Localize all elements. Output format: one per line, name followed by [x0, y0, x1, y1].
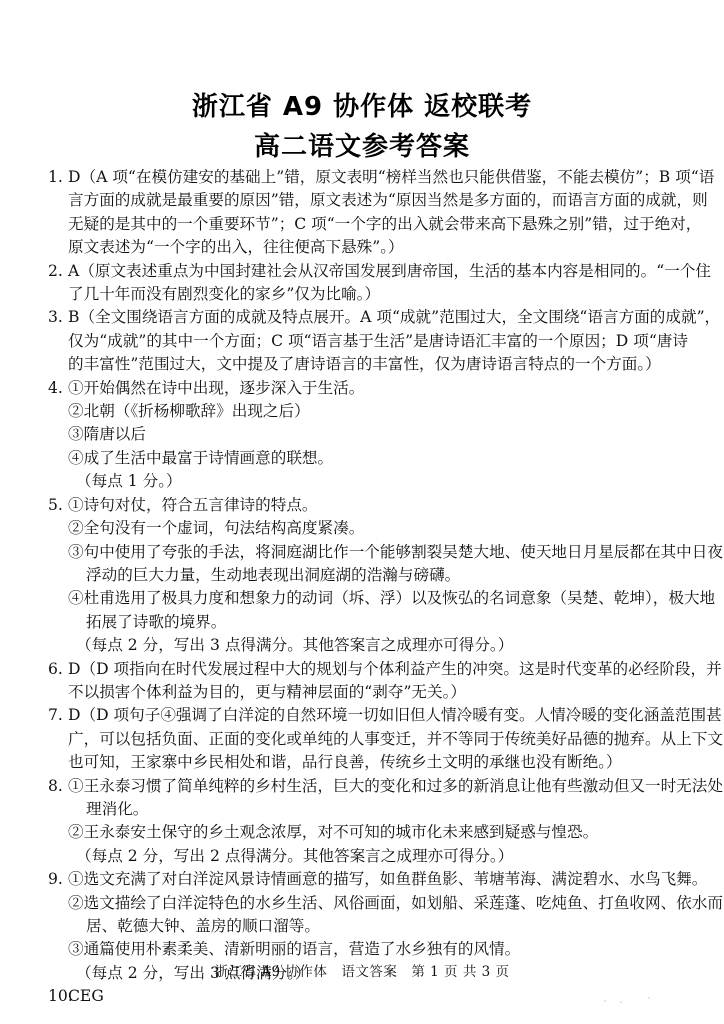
answer-point: ③句中使用了夸张的手法，将洞庭湖比作一个能够割裂吴楚大地、使天地日月星辰都在其中… [68, 541, 693, 588]
answer-number: 5. [48, 494, 63, 517]
answer-number: 6. [48, 658, 63, 681]
document-subtitle: 高二语文参考答案 [0, 126, 724, 163]
answer-point-line: ①选文充满了对白洋淀风景诗情画意的描写，如鱼群鱼影、苇塘苇海、满淀碧水、水鸟飞舞… [68, 868, 693, 891]
answer-line: 也可知，王家寨中乡民相处和谐，品行良善，传统乡土文明的承继也没有断绝。） [68, 751, 693, 774]
answer-point: ③通篇使用朴素柔美、清新明丽的语言，营造了水乡独有的风情。 [68, 938, 693, 961]
page-footer: 浙江省 A9 协作体 语文答案 第 1 页 共 3 页 [0, 960, 724, 980]
answer-point-line: ②王永泰安土保守的乡土观念浓厚，对不可知的城市化未来感到疑惑与惶恐。 [68, 821, 693, 844]
answer-point-line: ③句中使用了夸张的手法，将洞庭湖比作一个能够割裂吴楚大地、使天地日月星辰都在其中… [68, 541, 693, 564]
answer-line: A（原文表述重点为中国封建社会从汉帝国发展到唐帝国，生活的基本内容是相同的。“一… [68, 260, 693, 283]
answer-item: 3.B（全文围绕语言方面的成就及特点展开。A 项“成就”范围过大，全文围绕“语言… [48, 306, 693, 376]
answer-line: D（D 项指向在时代发展过程中大的规划与个体利益产生的冲突。这是时代变革的必经阶… [68, 658, 693, 681]
scoring-note: （每点 1 分。） [68, 470, 693, 493]
answer-point-line: ①王永泰习惯了简单纯粹的乡村生活，巨大的变化和过多的新消息让他有些激动但又一时无… [68, 775, 693, 798]
scan-artifact [604, 1000, 606, 1002]
answer-point-line: ②选文描绘了白洋淀特色的水乡生活、风俗画面，如划船、采莲蓬、吃炖鱼、打鱼收网、依… [68, 892, 693, 915]
answer-point: ②全句没有一个虚词，句法结构高度紧凑。 [68, 517, 693, 540]
answer-point-line: ①开始偶然在诗中出现，逐步深入于生活。 [68, 377, 693, 400]
answer-point: ①选文充满了对白洋淀风景诗情画意的描写，如鱼群鱼影、苇塘苇海、满淀碧水、水鸟飞舞… [68, 868, 693, 891]
answer-point: ②选文描绘了白洋淀特色的水乡生活、风俗画面，如划船、采莲蓬、吃炖鱼、打鱼收网、依… [68, 892, 693, 939]
answer-point-line: ③通篇使用朴素柔美、清新明丽的语言，营造了水乡独有的风情。 [68, 938, 693, 961]
answer-item: 7.D（D 项句子④强调了白洋淀的自然环境一切如旧但人情冷暖有变。人情冷暖的变化… [48, 704, 693, 774]
answer-line: B（全文围绕语言方面的成就及特点展开。A 项“成就”范围过大，全文围绕“语言方面… [68, 306, 693, 329]
answer-item: 4.①开始偶然在诗中出现，逐步深入于生活。②北朝（《折杨柳歌辞》出现之后）③隋唐… [48, 377, 693, 494]
answer-point-line: ②北朝（《折杨柳歌辞》出现之后） [68, 400, 693, 423]
answer-line: 不以损害个体利益为目的，更与精神层面的“剥夺”无关。） [68, 681, 693, 704]
answer-item: 10.CEG [48, 985, 693, 1008]
answer-point-line: ③隋唐以后 [68, 423, 693, 446]
answer-point-line: ④成了生活中最富于诗情画意的联想。 [68, 447, 693, 470]
answer-point-line: ①诗句对仗，符合五言律诗的特点。 [68, 494, 693, 517]
answer-line: 仅为“成就”的其中一个方面；C 项“语言基于生活”是唐诗语汇丰富的一个原因；D … [68, 330, 693, 353]
answer-item: 5.①诗句对仗，符合五言律诗的特点。②全句没有一个虚词，句法结构高度紧凑。③句中… [48, 494, 693, 658]
answer-point: ①诗句对仗，符合五言律诗的特点。 [68, 494, 693, 517]
answer-number: 9. [48, 868, 63, 891]
answer-line: CEG [68, 985, 693, 1008]
answer-point: ④成了生活中最富于诗情画意的联想。 [68, 447, 693, 470]
answer-point: ②北朝（《折杨柳歌辞》出现之后） [68, 400, 693, 423]
answer-item: 2.A（原文表述重点为中国封建社会从汉帝国发展到唐帝国，生活的基本内容是相同的。… [48, 260, 693, 307]
answer-line: 言方面的成就是最重要的原因”错，原文表述为“原因当然是多方面的，而语言方面的成就… [68, 189, 693, 212]
answer-number: 8. [48, 775, 63, 798]
answer-line: 原文表述为“一个字的出入，往往便高下悬殊”。） [68, 236, 693, 259]
document-title: 浙江省 A9 协作体 返校联考 [0, 86, 724, 123]
answer-number: 10. [48, 985, 73, 1008]
scan-artifact [620, 1001, 622, 1003]
answer-list: 1.D（A 项“在模仿建安的基础上”错，原文表明“榜样当然也只能供借鉴，不能去模… [48, 166, 693, 1009]
answer-number: 4. [48, 377, 63, 400]
answer-point: ①王永泰习惯了简单纯粹的乡村生活，巨大的变化和过多的新消息让他有些激动但又一时无… [68, 775, 693, 822]
answer-point-line: 理消化。 [68, 798, 693, 821]
answer-point-line: 拓展了诗歌的境界。 [68, 611, 693, 634]
answer-item: 8.①王永泰习惯了简单纯粹的乡村生活，巨大的变化和过多的新消息让他有些激动但又一… [48, 775, 693, 869]
answer-line: 广，可以包括负面、正面的变化或单纯的人事变迁，并不等同于传统美好品德的抛弃。从上… [68, 728, 693, 751]
answer-line: D（A 项“在模仿建安的基础上”错，原文表明“榜样当然也只能供借鉴，不能去模仿”… [68, 166, 693, 189]
answer-point: ①开始偶然在诗中出现，逐步深入于生活。 [68, 377, 693, 400]
answer-point: ③隋唐以后 [68, 423, 693, 446]
answer-number: 1. [48, 166, 63, 189]
answer-point: ②王永泰安土保守的乡土观念浓厚，对不可知的城市化未来感到疑惑与惶恐。 [68, 821, 693, 844]
answer-line: 无疑的是其中的一个重要环节”；C 项“一个字的出入就会带来高下悬殊之别”错，过于… [68, 213, 693, 236]
answer-point: ④杜甫选用了极具力度和想象力的动词（坼、浮）以及恢弘的名词意象（吴楚、乾坤），极… [68, 587, 693, 634]
answer-point-line: 居、乾德大钟、盖房的顺口溜等。 [68, 915, 693, 938]
answer-number: 7. [48, 704, 63, 727]
answer-line: 了几十年而没有剧烈变化的家乡”仅为比喻。） [68, 283, 693, 306]
answer-line: D（D 项句子④强调了白洋淀的自然环境一切如旧但人情冷暖有变。人情冷暖的变化涵盖… [68, 704, 693, 727]
answer-point-line: 浮动的巨大力量，生动地表现出洞庭湖的浩瀚与磅礴。 [68, 564, 693, 587]
answer-item: 1.D（A 项“在模仿建安的基础上”错，原文表明“榜样当然也只能供借鉴，不能去模… [48, 166, 693, 260]
answer-point-line: ④杜甫选用了极具力度和想象力的动词（坼、浮）以及恢弘的名词意象（吴楚、乾坤），极… [68, 587, 693, 610]
scan-artifact [648, 997, 650, 999]
answer-number: 3. [48, 306, 63, 329]
scoring-note: （每点 2 分，写出 2 点得满分。其他答案言之成理亦可得分。） [68, 845, 693, 868]
answer-point-line: ②全句没有一个虚词，句法结构高度紧凑。 [68, 517, 693, 540]
answer-line: 的丰富性”范围过大，文中提及了唐诗语言的丰富性，仅为唐诗语言特点的一个方面。） [68, 353, 693, 376]
answer-item: 6.D（D 项指向在时代发展过程中大的规划与个体利益产生的冲突。这是时代变革的必… [48, 658, 693, 705]
answer-number: 2. [48, 260, 63, 283]
scoring-note: （每点 2 分，写出 3 点得满分。其他答案言之成理亦可得分。） [68, 634, 693, 657]
